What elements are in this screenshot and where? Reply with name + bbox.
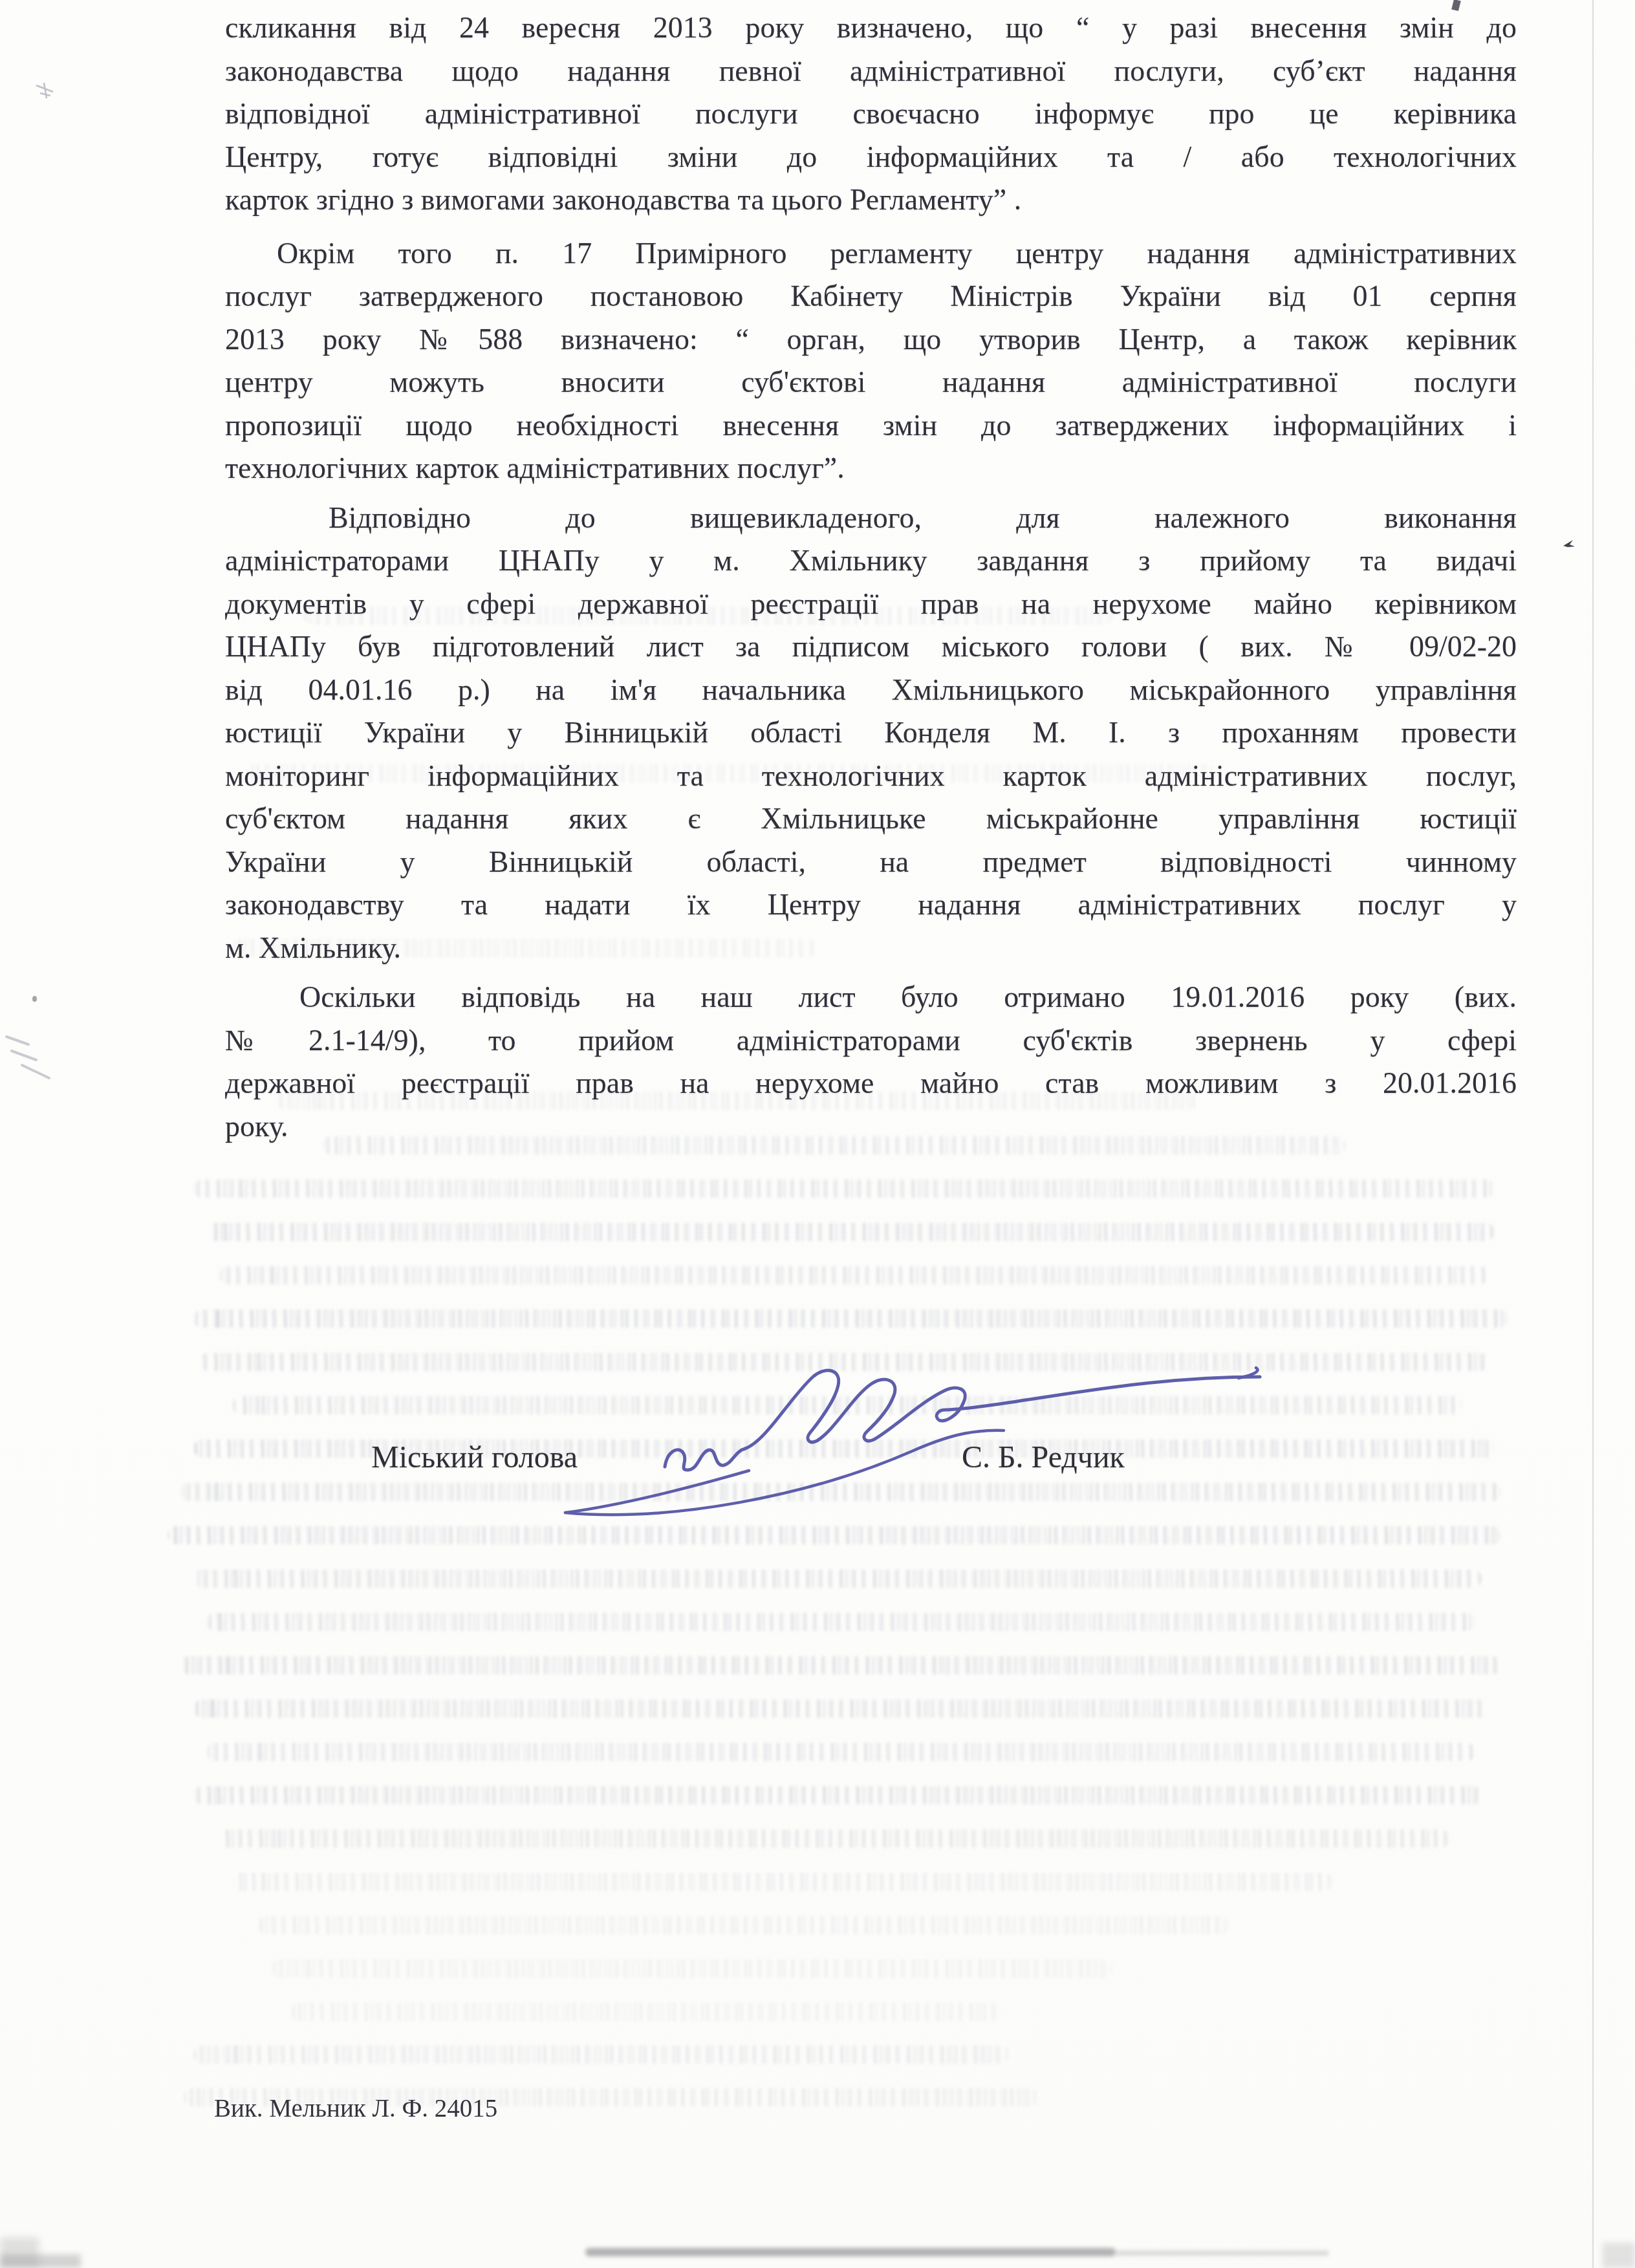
text-line: пропозиції щодо необхідності внесення зм… — [225, 404, 1517, 448]
ghost-text-line — [194, 2046, 1009, 2064]
ghost-text-line — [207, 1743, 1475, 1761]
text-line: послуг затвердженого постановою Кабінету… — [225, 275, 1517, 318]
text-line: Оскільки відповідь на наш лист було отри… — [225, 976, 1517, 1019]
text-line: законодавства щодо надання певної адміні… — [225, 50, 1517, 93]
text-line: Відповідно до вищевикладеного, для належ… — [225, 497, 1517, 540]
ghost-text-line — [194, 1786, 1481, 1804]
text-line: моніторинг інформаційних та технологічни… — [225, 755, 1517, 798]
ghost-text-line — [181, 1656, 1500, 1674]
pencil-slashes — [3, 1031, 67, 1083]
text-line: м. Хмільнику. — [225, 927, 1517, 970]
ink-dot — [32, 996, 37, 1002]
paragraph: Відповідно до вищевикладеного, для належ… — [225, 497, 1517, 970]
paragraph: Окрім того п. 17 Примірного регламенту ц… — [225, 232, 1517, 490]
text-line: документів у сфері державної реєстрації … — [225, 583, 1517, 626]
ghost-text-line — [207, 1613, 1475, 1631]
text-line: ЦНАПу був підготовлений лист за підписом… — [225, 625, 1517, 669]
text-line: адміністраторами ЦНАПу у м. Хмільнику за… — [225, 539, 1517, 583]
ghost-text-line — [194, 1310, 1507, 1328]
text-line: юстиції України у Вінницькій області Кон… — [225, 711, 1517, 755]
executor-note: Вик. Мельник Л. Ф. 24015 — [214, 2094, 497, 2123]
scan-bottom-smudge — [585, 2248, 1116, 2256]
text-line: відповідної адміністративної послуги сво… — [225, 92, 1517, 136]
ghost-text-line — [233, 1873, 1332, 1891]
text-line: України у Вінницькій області, на предмет… — [225, 841, 1517, 884]
ghost-text-line — [194, 1700, 1488, 1718]
text-line: року. — [225, 1105, 1517, 1149]
ghost-text-line — [207, 1223, 1494, 1241]
text-line: центру можуть вносити суб'єктові надання… — [225, 361, 1517, 404]
text-line: №2.1-14/9), то прийом адміністраторами с… — [225, 1019, 1517, 1063]
ghost-text-line — [259, 1916, 1229, 1934]
ghost-text-line — [194, 1180, 1494, 1198]
scan-corner-shadow-br — [1603, 2243, 1635, 2268]
text-line: скликання від 24 вересня 2013 року визна… — [225, 6, 1517, 50]
scan-bottom-smudge-faint — [1116, 2251, 1329, 2256]
text-line: від 04.01.16 р.) на ім'я начальника Хміл… — [225, 669, 1517, 712]
scan-corner-shadow-bl2 — [0, 2238, 39, 2268]
text-line: законодавству та надати їх Центру наданн… — [225, 883, 1517, 927]
paragraph: Оскільки відповідь на наш лист було отри… — [225, 976, 1517, 1148]
pencil-scribble — [34, 79, 60, 101]
ghost-text-line — [220, 1830, 1449, 1848]
ghost-text-line — [220, 1266, 1488, 1284]
text-line: Окрім того п. 17 Примірного регламенту ц… — [225, 232, 1517, 275]
ghost-text-line — [272, 1960, 1112, 1978]
letter-body: скликання від 24 вересня 2013 року визна… — [225, 6, 1517, 1148]
scan-edge-line — [1592, 0, 1594, 2268]
text-line: державної реєстрації прав на нерухоме ма… — [225, 1062, 1517, 1105]
ghost-text-line — [291, 2003, 1002, 2021]
text-line: Центру, готує відповідні зміни до інформ… — [225, 136, 1517, 179]
text-line: технологічних карток адміністративних по… — [225, 447, 1517, 490]
text-line: карток згідно з вимогами законодавства т… — [225, 178, 1517, 222]
text-line: суб'єктом надання яких є Хмільницьке міс… — [225, 797, 1517, 841]
text-line: 2013 року №588 визначено: “ орган, що ут… — [225, 318, 1517, 362]
handwritten-signature-ink — [492, 1332, 1306, 1604]
ink-blot-arrow — [1563, 538, 1579, 551]
paragraph: скликання від 24 вересня 2013 року визна… — [225, 6, 1517, 222]
scanned-letter-page: скликання від 24 вересня 2013 року визна… — [0, 0, 1635, 2268]
